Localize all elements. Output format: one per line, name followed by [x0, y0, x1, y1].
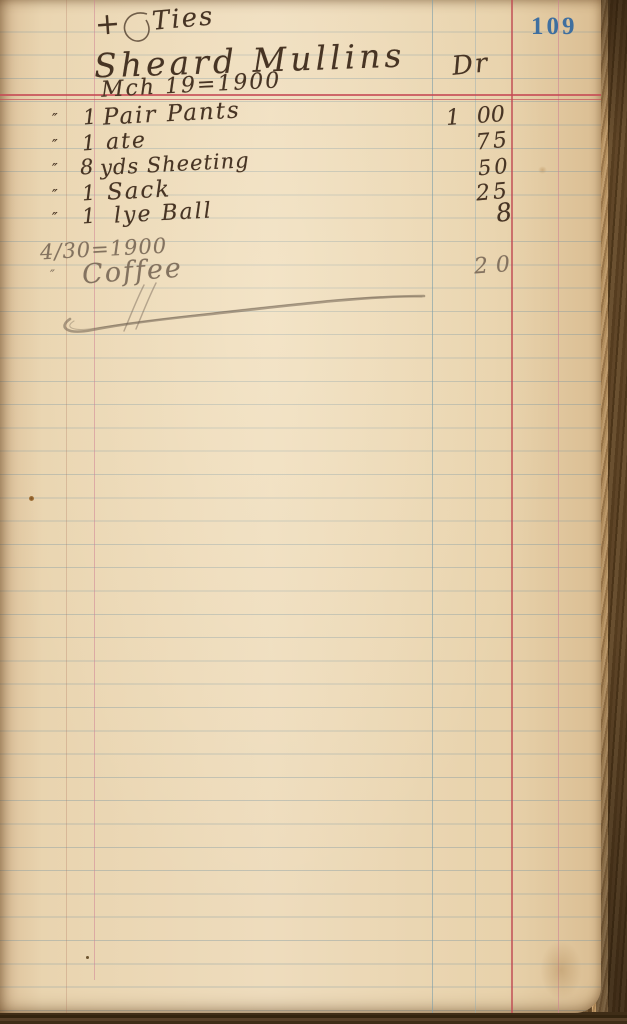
- ledger-page: 109 + Ties Sheard Mullins Dr Mch 19=1900…: [0, 0, 601, 1013]
- item-description: lye Ball: [113, 200, 213, 227]
- right-pink-rule: [558, 0, 559, 1013]
- stain: [540, 940, 582, 1000]
- amount: 50: [477, 156, 511, 180]
- header-red-rule-top: [0, 94, 601, 96]
- page-number-stamp: 109: [531, 13, 578, 41]
- ditto-mark: ″: [50, 269, 55, 282]
- debit-abbreviation: Dr: [451, 50, 491, 80]
- ditto-mark: ″: [52, 138, 58, 153]
- ditto-mark: ″: [52, 162, 58, 177]
- quantity: 1: [81, 206, 96, 228]
- ditto-mark: ″: [52, 188, 58, 203]
- foxing-spot: [29, 496, 34, 501]
- quantity: 8: [79, 157, 94, 179]
- ledger-scan: 109 + Ties Sheard Mullins Dr Mch 19=1900…: [0, 0, 627, 1024]
- amount: 8: [494, 199, 513, 226]
- book-cover-edge: [0, 1012, 627, 1024]
- quantity: 1: [82, 107, 97, 129]
- item-description: Pair Pants: [102, 99, 241, 129]
- amount: 1 00: [445, 104, 505, 130]
- left-crease-line: [66, 0, 67, 1013]
- amount: 20: [473, 253, 518, 278]
- ditto-mark: ″: [52, 211, 58, 226]
- amount-column-blue-rule: [432, 0, 433, 1013]
- item-description: ate: [105, 130, 147, 154]
- right-red-rule: [511, 0, 513, 1013]
- header-red-rule-bottom: [0, 99, 601, 100]
- pencil-flourish-stroke: [52, 283, 442, 338]
- amount: 75: [475, 130, 511, 155]
- item-description: yds Sheeting: [100, 150, 251, 179]
- quantity: 1: [81, 133, 96, 155]
- ditto-mark: ″: [52, 112, 58, 127]
- foxing-spot: [538, 166, 547, 174]
- ink-fleck: [86, 956, 89, 959]
- header-annotation: Ties: [151, 3, 215, 34]
- quantity: 1: [81, 183, 96, 205]
